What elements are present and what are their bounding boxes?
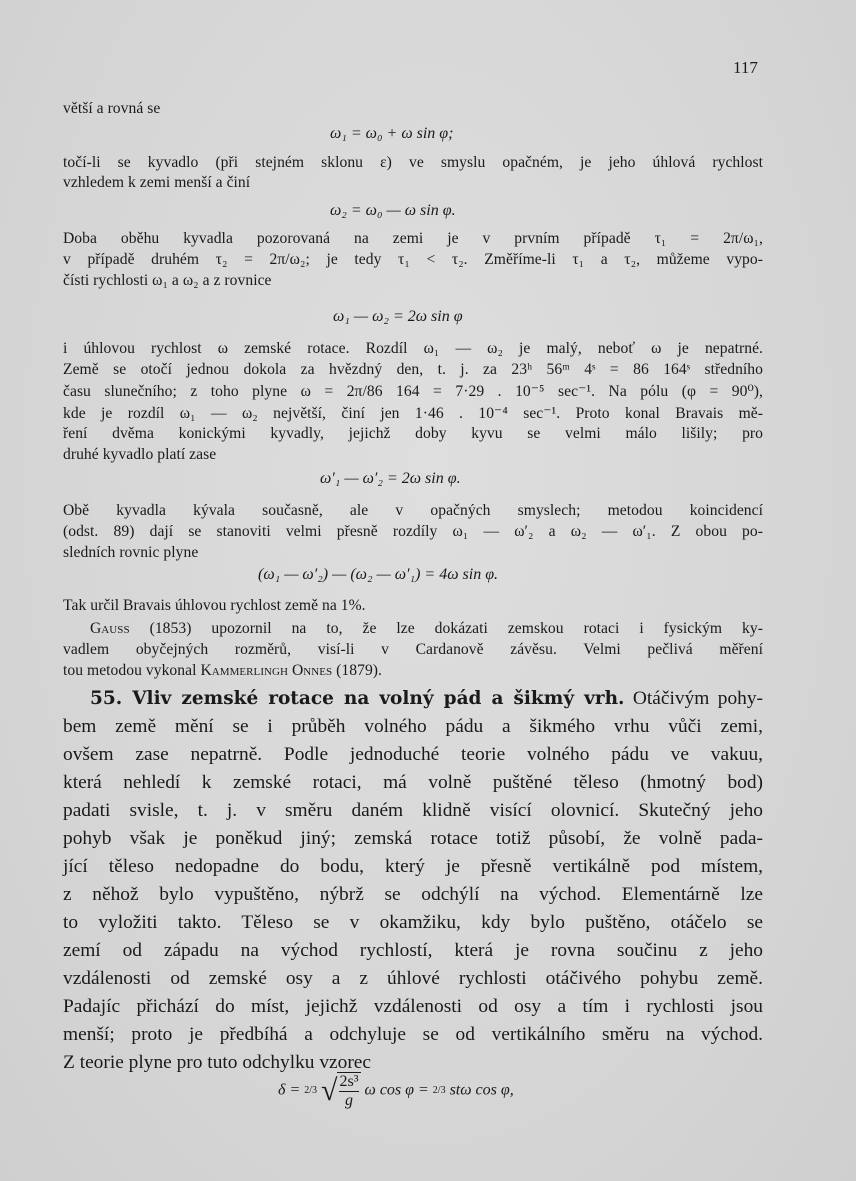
text-line: Gauss (1853) upozornil na to, že lze dok…	[90, 620, 763, 638]
text-line: i úhlovou rychlost ω zemské rotace. Rozd…	[63, 340, 763, 358]
text-line: Padajíc přichází do míst, jejichž vzdále…	[63, 996, 763, 1018]
text-line: sledních rovnic plyne	[63, 544, 763, 562]
equation-omega1: ω₁ = ω₀ + ω sin φ;	[330, 125, 453, 143]
equation-omega2: ω₂ = ω₀ — ω sin φ.	[330, 202, 456, 220]
text-line: Země se otočí jednou dokola za hvězdný d…	[63, 361, 763, 379]
text-line: tou metodou vykonal Kammerlingh Onnes (1…	[63, 662, 763, 680]
section-heading: 55. Vliv zemské rotace na volný pád a ši…	[90, 688, 624, 709]
text-line: menší; proto je předbíhá a odchyluje se …	[63, 1024, 763, 1046]
text-line: Obě kyvadla kývala současně, ale v opačn…	[63, 502, 763, 520]
text-span: (1853) upozornil na to, že lze dokázati …	[130, 620, 763, 637]
text-line: vzhledem k zemi menší a činí	[63, 174, 763, 192]
text-line: to vyložiti takto. Těleso se v okamžiku,…	[63, 912, 763, 934]
section-first-line: 55. Vliv zemské rotace na volný pád a ši…	[90, 688, 763, 710]
text-line: větší a rovná se	[63, 100, 763, 118]
text-span: Otáčivým pohy-	[624, 688, 763, 709]
equation-combined: (ω₁ — ω′₂) — (ω₂ — ω′₁) = 4ω sin φ.	[258, 566, 498, 584]
text-span: tou metodou vykonal	[63, 662, 200, 679]
text-span: (1879).	[332, 662, 382, 679]
formula-middle: ω cos φ =	[365, 1082, 433, 1099]
text-line: vadlem obyčejných rozměrů, visí-li v Car…	[63, 641, 763, 659]
text-line: Tak určil Bravais úhlovou rychlost země …	[63, 597, 763, 615]
page-number: 117	[733, 58, 758, 78]
text-line: která nehledí k zemské rotaci, má volně …	[63, 772, 763, 794]
author-gauss: Gauss	[90, 620, 130, 637]
text-line: vzdálenosti od zemské osy a z úhlové ryc…	[63, 968, 763, 990]
formula-rhs: stω cos φ,	[450, 1082, 514, 1099]
text-line: druhé kyvadlo platí zase	[63, 446, 763, 464]
equation-prime: ω′₁ — ω′₂ = 2ω sin φ.	[320, 470, 461, 488]
author-onnes: Kammerlingh Onnes	[200, 662, 332, 679]
text-line: jící těleso nedopadne do bodu, který je …	[63, 856, 763, 878]
equation-difference: ω₁ — ω₂ = 2ω sin φ	[333, 308, 463, 326]
text-line: pohyb však je poněkud jiný; zemská rotac…	[63, 828, 763, 850]
formula-lhs: δ =	[278, 1082, 304, 1099]
text-line: ření dvěma konickými kyvadly, jejichž do…	[63, 425, 763, 443]
text-line: bem země mění se i průběh volného pádu a…	[63, 716, 763, 738]
fraction-two-thirds-2: 2/3	[433, 1086, 446, 1096]
text-line: v případě druhém τ₂ = 2π/ω₂; je tedy τ₁ …	[63, 251, 763, 269]
text-line: Z teorie plyne pro tuto odchylku vzorec	[63, 1052, 763, 1074]
text-line: (odst. 89) dají se stanoviti velmi přesn…	[63, 523, 763, 541]
text-line: času slunečního; z toho plyne ω = 2π/86 …	[63, 382, 763, 401]
deviation-formula: δ = 2/3 √2s³g ω cos φ = 2/3 stω cos φ,	[278, 1072, 514, 1110]
text-line: točí-li se kyvadlo (při stejném sklonu ε…	[63, 154, 763, 172]
text-line: padati svisle, t. j. v směru daném klidn…	[63, 800, 763, 822]
radical-numerator: 2s³	[339, 1073, 358, 1092]
text-line: čísti rychlosti ω₁ a ω₂ a z rovnice	[63, 272, 763, 290]
radical-denominator: g	[339, 1092, 358, 1110]
fraction-two-thirds: 2/3	[304, 1086, 317, 1096]
text-line: z něhož bylo vypuštěno, nýbrž se odchýlí…	[63, 884, 763, 906]
text-line: zemí od západu na východ rychlostí, kter…	[63, 940, 763, 962]
book-page: 117 větší a rovná se ω₁ = ω₀ + ω sin φ; …	[0, 0, 856, 1181]
square-root: √2s³g	[321, 1072, 361, 1110]
text-line: Doba oběhu kyvadla pozorovaná na zemi je…	[63, 230, 763, 248]
text-line: ovšem zase nepatrně. Podle jednoduché te…	[63, 744, 763, 766]
text-line: kde je rozdíl ω₁ — ω₂ největší, činí jen…	[63, 404, 763, 423]
